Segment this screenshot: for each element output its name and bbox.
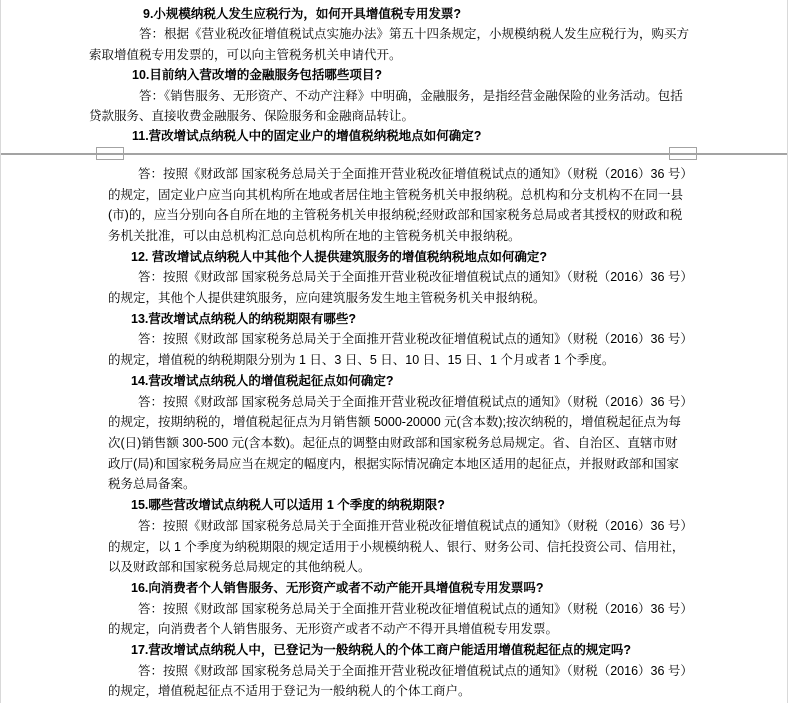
answer-line: 答：按照《财政部 国家税务总局关于全面推开营业税改征增值税试点的通知》（财税（2… — [108, 661, 787, 682]
answer-line: 贷款服务、直接收费金融服务、保险服务和金融商品转让。 — [89, 106, 787, 126]
answer-line: 索取增值税专用发票的，可以向主管税务机关申请代开。 — [89, 45, 787, 65]
document-page-1[interactable]: 9.小规模纳税人发生应税行为，如何开具增值税专用发票?答：根据《营业税改征增值税… — [1, 0, 787, 147]
answer-line: 政厅(局)和国家税务局应当在规定的幅度内，根据实际情况确定本地区适用的起征点，并… — [108, 454, 787, 475]
answer-line: 次(日)销售额 300-500 元(含本数)。起征点的调整由财政部和国家税务总局… — [108, 433, 787, 454]
answer-line: 答：按照《财政部 国家税务总局关于全面推开营业税改征增值税试点的通知》（财税（2… — [108, 516, 787, 537]
document-page-2[interactable]: 答：按照《财政部 国家税务总局关于全面推开营业税改征增值税试点的通知》（财税（2… — [1, 162, 787, 702]
page-break — [1, 147, 787, 162]
question-heading: 10.目前纳入营改增的金融服务包括哪些项目? — [89, 65, 787, 85]
answer-line: 务机关批准，可以由总机构汇总向总机构所在地的主管税务机关申报纳税。 — [108, 226, 787, 247]
answer-line: 以及财政部和国家税务总局规定的其他纳税人。 — [108, 557, 787, 578]
answer-line: 税务总局备案。 — [108, 474, 787, 495]
question-heading: 14.营改增试点纳税人的增值税起征点如何确定? — [108, 371, 787, 392]
answer-line: 的规定，向消费者个人销售服务、无形资产或者不动产不得开具增值税专用发票。 — [108, 619, 787, 640]
answer-line: 答：按照《财政部 国家税务总局关于全面推开营业税改征增值税试点的通知》（财税（2… — [108, 599, 787, 620]
answer-line: 答：按照《财政部 国家税务总局关于全面推开营业税改征增值税试点的通知》（财税（2… — [108, 267, 787, 288]
question-heading: 13.营改增试点纳税人的纳税期限有哪些? — [108, 309, 787, 330]
answer-line: 的规定，其他个人提供建筑服务，应向建筑服务发生地主管税务机关申报纳税。 — [108, 288, 787, 309]
question-heading: 9.小规模纳税人发生应税行为，如何开具增值税专用发票? — [89, 4, 787, 24]
page-corner-marker-right — [669, 147, 697, 160]
question-heading: 11.营改增试点纳税人中的固定业户的增值税纳税地点如何确定? — [89, 126, 787, 146]
answer-line: 答：按照《财政部 国家税务总局关于全面推开营业税改征增值税试点的通知》（财税（2… — [108, 164, 787, 185]
answer-line: 答：《销售服务、无形资产、不动产注释》中明确，金融服务，是指经营金融保险的业务活… — [89, 86, 787, 106]
page-corner-marker-left — [96, 147, 124, 160]
answer-line: 的规定，增值税起征点不适用于登记为一般纳税人的个体工商户。 — [108, 681, 787, 702]
answer-line: 答：根据《营业税改征增值税试点实施办法》第五十四条规定，小规模纳税人发生应税行为… — [89, 24, 787, 44]
answer-line: (市)的，应当分别向各自所在地的主管税务机关申报纳税;经财政部和国家税务总局或者… — [108, 205, 787, 226]
answer-line: 答：按照《财政部 国家税务总局关于全面推开营业税改征增值税试点的通知》（财税（2… — [108, 329, 787, 350]
question-heading: 17.营改增试点纳税人中，已登记为一般纳税人的个体工商户能适用增值税起征点的规定… — [108, 640, 787, 661]
answer-line: 答：按照《财政部 国家税务总局关于全面推开营业税改征增值税试点的通知》（财税（2… — [108, 392, 787, 413]
answer-line: 的规定，按期纳税的，增值税起征点为月销售额 5000-20000 元(含本数);… — [108, 412, 787, 433]
answer-line: 的规定，以 1 个季度为纳税期限的规定适用于小规模纳税人、银行、财务公司、信托投… — [108, 537, 787, 558]
answer-line: 的规定，固定业户应当向其机构所在地或者居住地主管税务机关申报纳税。总机构和分支机… — [108, 185, 787, 206]
answer-line: 的规定，增值税的纳税期限分别为 1 日、3 日、5 日、10 日、15 日、1 … — [108, 350, 787, 371]
question-heading: 15.哪些营改增试点纳税人可以适用 1 个季度的纳税期限? — [108, 495, 787, 516]
question-heading: 16.向消费者个人销售服务、无形资产或者不动产能开具增值税专用发票吗? — [108, 578, 787, 599]
question-heading: 12. 营改增试点纳税人中其他个人提供建筑服务的增值税纳税地点如何确定? — [108, 247, 787, 268]
document-view: 9.小规模纳税人发生应税行为，如何开具增值税专用发票?答：根据《营业税改征增值税… — [0, 0, 788, 703]
